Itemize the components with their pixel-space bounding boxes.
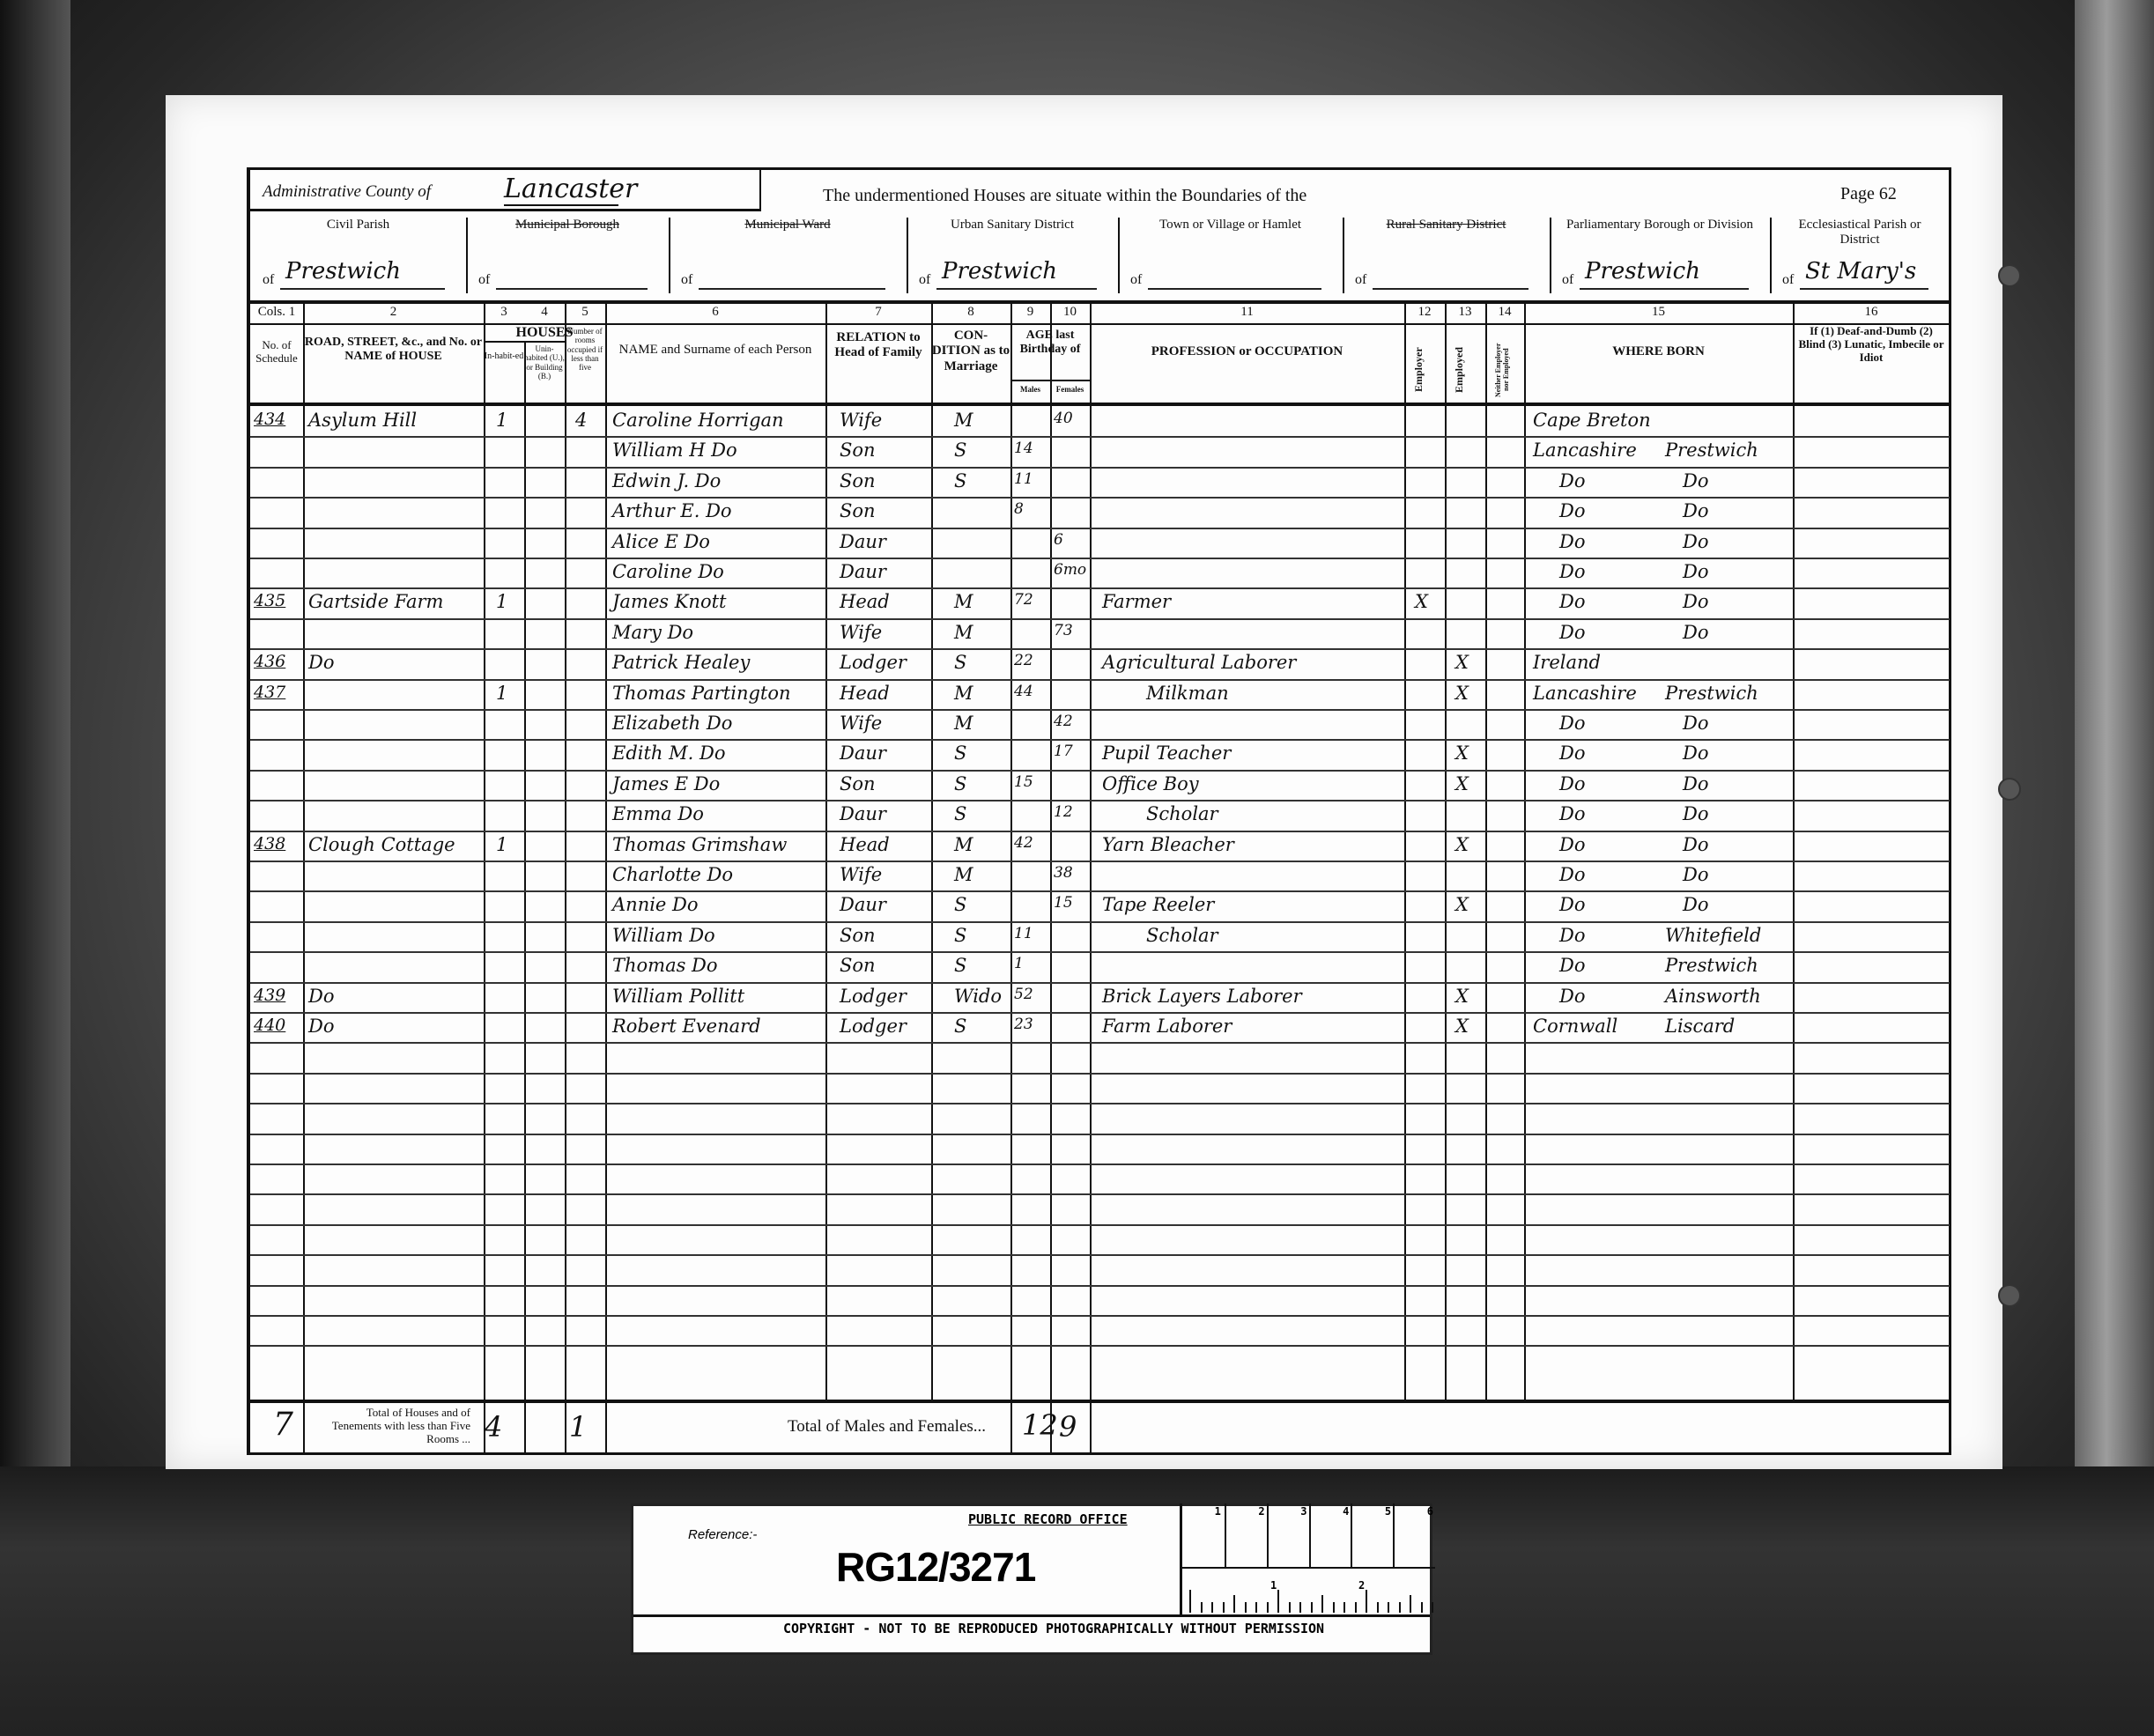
birthplace-county: Do (1559, 925, 1585, 946)
ruler-tick (1289, 1602, 1291, 1613)
divider (1010, 380, 1090, 381)
house-name: Clough Cottage (308, 834, 455, 855)
employed-mark: X (1455, 834, 1469, 855)
header-where-born: WHERE BORN (1524, 344, 1793, 359)
ruler-tick (1245, 1602, 1247, 1613)
header-neither: Neither Employer nor Employed (1494, 339, 1515, 401)
birthplace-town: Do (1683, 713, 1708, 734)
district-value: Prestwich (1585, 258, 1700, 284)
row-line (250, 1285, 1950, 1287)
ruler-cm-mark: 4 (1309, 1503, 1353, 1567)
district-label: Rural Sanitary District (1343, 218, 1550, 233)
birthplace-town: Do (1683, 834, 1708, 855)
relation: Wife (840, 713, 882, 734)
ruler-tick (1355, 1602, 1357, 1613)
birthplace-county: Do (1559, 773, 1585, 794)
table-row: William H DoSonS14LancashirePrestwich (250, 436, 1950, 466)
divider (1550, 218, 1551, 293)
divider (669, 218, 670, 293)
house-name: Do (308, 1016, 334, 1037)
female-age: 6mo (1054, 561, 1086, 579)
person-name: Edith M. Do (612, 742, 725, 764)
employed-mark: X (1455, 1016, 1469, 1037)
person-name: Caroline Horrigan (612, 410, 784, 431)
column-number: 3 (484, 305, 524, 320)
schedule-number: 440 (254, 1016, 285, 1035)
ruler-tick (1366, 1590, 1367, 1613)
district-label: Ecclesiastical Parish or District (1770, 218, 1950, 247)
column-number: Cols. 1 (250, 305, 303, 320)
house-name: Do (308, 986, 334, 1007)
birthplace-county: Do (1559, 470, 1585, 491)
table-row: Edwin J. DoSonS11DoDo (250, 467, 1950, 497)
total-persons-label: Total of Males and Females... (788, 1417, 986, 1437)
ruler-cm-mark: 5 (1351, 1503, 1395, 1567)
ruler-inch-label: 2 (1358, 1579, 1365, 1592)
birthplace-town: Do (1683, 531, 1708, 552)
employed-mark: X (1455, 986, 1469, 1007)
marital-condition: S (954, 742, 966, 764)
person-name: Thomas Partington (612, 683, 791, 704)
relation: Lodger (840, 652, 907, 673)
ruler-cm-mark: 2 (1225, 1503, 1269, 1567)
person-name: Thomas Grimshaw (612, 834, 787, 855)
district-label: Municipal Ward (669, 218, 907, 233)
male-age: 52 (1014, 986, 1033, 1003)
person-name: Charlotte Do (612, 864, 733, 885)
female-age: 73 (1054, 622, 1073, 639)
birthplace-county: Do (1559, 561, 1585, 582)
schedule-number: 435 (254, 591, 285, 610)
divider (1182, 1567, 1435, 1569)
table-row: Thomas DoSonS1DoPrestwich (250, 951, 1950, 981)
punch-hole-icon (1998, 778, 2021, 801)
ruler-tick (1311, 1602, 1313, 1613)
birthplace-town: Prestwich (1665, 440, 1758, 461)
ruler-cm-mark: 3 (1267, 1503, 1311, 1567)
inhabited-mark: 1 (496, 410, 507, 431)
district-label: Town or Village or Hamlet (1118, 218, 1343, 233)
birthplace-county: Do (1559, 713, 1585, 734)
person-name: Thomas Do (612, 955, 718, 976)
employed-mark: X (1455, 652, 1469, 673)
marital-condition: M (954, 410, 973, 431)
relation: Lodger (840, 1016, 907, 1037)
relation: Wife (840, 864, 882, 885)
header-inhabited: In-habit-ed (484, 351, 524, 362)
divider (1118, 218, 1120, 293)
relation: Son (840, 773, 876, 794)
row-line (250, 1345, 1950, 1347)
schedule-number: 436 (254, 652, 285, 671)
birthplace-town: Do (1683, 591, 1708, 612)
relation: Head (840, 683, 890, 704)
total-schedules: 7 (273, 1407, 293, 1443)
divider (466, 218, 468, 293)
occupation: Agricultural Laborer (1102, 652, 1296, 673)
female-age: 42 (1054, 713, 1073, 730)
district-header: Civil ParishofPrestwichMunicipal Borough… (250, 212, 1950, 300)
row-line (250, 1103, 1950, 1104)
birthplace-town: Do (1683, 773, 1708, 794)
ruler-tick (1189, 1590, 1191, 1613)
divider (633, 1614, 1430, 1617)
table-row: Alice E DoDaur6DoDo (250, 528, 1950, 558)
ruler-tick (1399, 1602, 1401, 1613)
occupation: Farm Laborer (1102, 1016, 1232, 1037)
header-infirmity: If (1) Deaf-and-Dumb (2) Blind (3) Lunat… (1793, 325, 1950, 365)
birthplace-county: Lancashire (1533, 683, 1637, 704)
marital-condition: S (954, 925, 966, 946)
birthplace-town: Do (1683, 622, 1708, 643)
office-name: PUBLIC RECORD OFFICE (968, 1511, 1128, 1527)
male-age: 8 (1014, 500, 1024, 518)
relation: Son (840, 500, 876, 521)
occupation: Farmer (1102, 591, 1171, 612)
person-name: Elizabeth Do (612, 713, 732, 734)
male-age: 14 (1014, 440, 1033, 457)
marital-condition: S (954, 470, 966, 491)
male-age: 1 (1014, 955, 1024, 972)
birthplace-town: Do (1683, 803, 1708, 824)
schedule-number: 434 (254, 410, 285, 429)
column-number: 16 (1793, 305, 1950, 320)
table-row: 436DoPatrick HealeyLodgerS22Agricultural… (250, 648, 1950, 678)
relation: Daur (840, 742, 886, 764)
birthplace-county: Ireland (1533, 652, 1601, 673)
column-number: 5 (565, 305, 605, 320)
birthplace-county: Do (1559, 591, 1585, 612)
person-name: Alice E Do (612, 531, 710, 552)
relation: Son (840, 440, 876, 461)
header-condition: CON-DITION as to Marriage (931, 329, 1010, 374)
table-row: 434Asylum Hill14Caroline HorriganWifeM40… (250, 406, 1950, 436)
table-row: Elizabeth DoWifeM42DoDo (250, 709, 1950, 739)
relation: Daur (840, 531, 886, 552)
district-field: Urban Sanitary DistrictofPrestwich (907, 212, 1118, 300)
underline (1148, 288, 1321, 290)
reference-prefix: Reference:- (688, 1527, 757, 1542)
district-label: Municipal Borough (466, 218, 669, 233)
table-row: Caroline DoDaur6moDoDo (250, 558, 1950, 587)
employed-mark: X (1455, 683, 1469, 704)
total-rooms: 1 (569, 1410, 587, 1444)
of-prefix: of (1355, 272, 1366, 288)
marital-condition: S (954, 803, 966, 824)
marital-condition: M (954, 713, 973, 734)
reference-label: PUBLIC RECORD OFFICE Reference:- RG12/32… (631, 1503, 1432, 1655)
female-age: 12 (1054, 803, 1073, 821)
birthplace-county: Cape Breton (1533, 410, 1651, 431)
header-females: Females (1050, 385, 1090, 394)
ruler-tick (1211, 1602, 1213, 1613)
employed-mark: X (1455, 742, 1469, 764)
marital-condition: S (954, 652, 966, 673)
of-prefix: of (1130, 272, 1142, 288)
ruler-label: 2 (1258, 1505, 1264, 1518)
census-rows: 434Asylum Hill14Caroline HorriganWifeM40… (250, 406, 1950, 1401)
divider (605, 1403, 607, 1452)
of-prefix: of (1782, 272, 1794, 288)
male-age: 72 (1014, 591, 1033, 609)
district-field: Civil ParishofPrestwich (250, 212, 466, 300)
row-line (250, 1254, 1950, 1256)
ruler-tick (1321, 1595, 1323, 1613)
person-name: William Pollitt (612, 986, 744, 1007)
column-number: 4 (524, 305, 565, 320)
rooms-count: 4 (575, 410, 587, 431)
divider (484, 1403, 485, 1452)
male-age: 42 (1014, 834, 1033, 852)
underline (280, 288, 445, 290)
ruler-tick (1299, 1602, 1301, 1613)
underline (936, 288, 1097, 290)
person-name: William Do (612, 925, 715, 946)
row-line (250, 1193, 1950, 1195)
birthplace-county: Do (1559, 500, 1585, 521)
district-value: St Mary's (1805, 258, 1916, 284)
ruler-tick (1432, 1602, 1433, 1613)
house-name: Gartside Farm (308, 591, 443, 612)
birthplace-town: Do (1683, 894, 1708, 915)
relation: Wife (840, 410, 882, 431)
district-field: Municipal Boroughof (466, 212, 669, 300)
total-females: 9 (1059, 1410, 1077, 1444)
occupation: Office Boy (1102, 773, 1199, 794)
table-row: 438Clough Cottage1Thomas GrimshawHeadM42… (250, 831, 1950, 861)
ruler-tick (1377, 1602, 1379, 1613)
birthplace-county: Do (1559, 894, 1585, 915)
row-line (250, 1163, 1950, 1165)
male-age: 15 (1014, 773, 1033, 791)
district-label: Urban Sanitary District (907, 218, 1118, 233)
ruler-cm-mark: 6 (1393, 1503, 1437, 1567)
header-schedule: No. of Schedule (250, 339, 303, 366)
person-name: Caroline Do (612, 561, 724, 582)
female-age: 40 (1054, 410, 1073, 427)
occupation: Scholar (1146, 925, 1218, 946)
row-line (250, 1224, 1950, 1226)
divider (250, 209, 761, 211)
county-value: Lancaster (504, 174, 618, 206)
male-age: 44 (1014, 683, 1033, 700)
ruler-tick (1255, 1602, 1257, 1613)
relation: Son (840, 470, 876, 491)
ruler-label: 1 (1215, 1505, 1221, 1518)
occupation: Pupil Teacher (1102, 742, 1231, 764)
district-field: Ecclesiastical Parish or DistrictofSt Ma… (1770, 212, 1950, 300)
header-name: NAME and Surname of each Person (605, 343, 825, 358)
person-name: Arthur E. Do (612, 500, 732, 521)
district-label: Parliamentary Borough or Division (1550, 218, 1770, 233)
relation: Daur (840, 803, 886, 824)
marital-condition: M (954, 864, 973, 885)
birthplace-town: Ainsworth (1665, 986, 1761, 1007)
column-number: 10 (1050, 305, 1090, 320)
inhabited-mark: 1 (496, 834, 507, 855)
occupation: Yarn Bleacher (1102, 834, 1234, 855)
table-row: James E DoSonS15Office BoyXDoDo (250, 770, 1950, 800)
district-field: Rural Sanitary Districtof (1343, 212, 1550, 300)
ruler-tick (1410, 1595, 1411, 1613)
column-number: 8 (931, 305, 1010, 320)
birthplace-town: Do (1683, 470, 1708, 491)
row-line (250, 1073, 1950, 1075)
county-label: Administrative County of (263, 182, 431, 202)
person-name: Annie Do (612, 894, 699, 915)
ruler-tick (1267, 1602, 1269, 1613)
occupation: Tape Reeler (1102, 894, 1214, 915)
birthplace-county: Do (1559, 742, 1585, 764)
divider (524, 1403, 526, 1452)
relation: Head (840, 834, 890, 855)
header-relation: RELATION to Head of Family (825, 330, 931, 361)
divider (907, 218, 908, 293)
column-number: 11 (1090, 305, 1404, 320)
marital-condition: M (954, 834, 973, 855)
ruler-label: 4 (1343, 1505, 1349, 1518)
copyright-notice: COPYRIGHT - NOT TO BE REPRODUCED PHOTOGR… (783, 1621, 1324, 1636)
total-inhabited: 4 (485, 1410, 502, 1444)
underline (1580, 288, 1749, 290)
marital-condition: S (954, 773, 966, 794)
census-form: Administrative County of Lancaster The u… (247, 167, 1951, 1455)
birthplace-town: Liscard (1665, 1016, 1735, 1037)
column-number: 12 (1404, 305, 1445, 320)
ruler-tick (1201, 1602, 1203, 1613)
column-number: 13 (1445, 305, 1485, 320)
underline (1373, 288, 1529, 290)
inhabited-mark: 1 (496, 683, 507, 704)
of-prefix: of (1562, 272, 1573, 288)
district-field: Municipal Wardof (669, 212, 907, 300)
header-road: ROAD, STREET, &c., and No. or NAME of HO… (303, 336, 484, 364)
birthplace-town: Do (1683, 500, 1708, 521)
ruler-inch-label: 1 (1270, 1579, 1277, 1592)
birthplace-county: Do (1559, 986, 1585, 1007)
relation: Head (840, 591, 890, 612)
male-age: 11 (1014, 470, 1033, 488)
ruler-tick (1277, 1590, 1279, 1613)
birthplace-town: Do (1683, 742, 1708, 764)
male-age: 11 (1014, 925, 1033, 942)
ruler-tick (1343, 1602, 1345, 1613)
birthplace-town: Do (1683, 864, 1708, 885)
reference-number: RG12/3271 (836, 1543, 1035, 1591)
marital-condition: S (954, 440, 966, 461)
column-number: 15 (1524, 305, 1793, 320)
table-row: 435Gartside Farm1James KnottHeadM72Farme… (250, 587, 1950, 617)
person-name: James Knott (612, 591, 726, 612)
row-line (250, 1134, 1950, 1135)
marital-condition: S (954, 955, 966, 976)
birthplace-town: Prestwich (1665, 683, 1758, 704)
marital-condition: S (954, 1016, 966, 1037)
ruler-tick (1388, 1602, 1389, 1613)
column-number: 6 (605, 305, 825, 320)
divider (1050, 1403, 1052, 1452)
ruler-label: 5 (1385, 1505, 1391, 1518)
divider (759, 170, 761, 211)
schedule-number: 439 (254, 986, 285, 1005)
table-row: Charlotte DoWifeM38DoDo (250, 861, 1950, 890)
ruler-label: 3 (1300, 1505, 1306, 1518)
female-age: 15 (1054, 894, 1073, 912)
ruler-label: 6 (1427, 1505, 1433, 1518)
occupation: Scholar (1146, 803, 1218, 824)
district-label: Civil Parish (250, 218, 466, 233)
birthplace-county: Do (1559, 622, 1585, 643)
divider (565, 1403, 566, 1452)
person-name: James E Do (612, 773, 720, 794)
row-line (250, 1315, 1950, 1317)
birthplace-county: Lancashire (1533, 440, 1637, 461)
occupation: Milkman (1146, 683, 1229, 704)
birthplace-county: Do (1559, 803, 1585, 824)
of-prefix: of (681, 272, 692, 288)
table-row: Arthur E. DoSon8DoDo (250, 497, 1950, 527)
table-row: Annie DoDaurS15Tape ReelerXDoDo (250, 890, 1950, 920)
birthplace-county: Do (1559, 834, 1585, 855)
birthplace-town: Whitefield (1665, 925, 1761, 946)
birthplace-town: Do (1683, 561, 1708, 582)
ruler-tick (1421, 1602, 1423, 1613)
column-number: 2 (303, 305, 484, 320)
marital-condition: Wido (954, 986, 1002, 1007)
employer-mark: X (1415, 591, 1428, 612)
birthplace-county: Do (1559, 955, 1585, 976)
row-line (250, 1042, 1950, 1044)
of-prefix: of (478, 272, 490, 288)
marital-condition: M (954, 622, 973, 643)
birthplace-county: Do (1559, 864, 1585, 885)
total-houses-label: Total of Houses and of Tenements with le… (316, 1407, 470, 1446)
divider (1770, 218, 1772, 293)
female-age: 38 (1054, 864, 1073, 882)
birthplace-town: Prestwich (1665, 955, 1758, 976)
ruler-tick (1223, 1602, 1225, 1613)
column-headers: Cols. 12345678910111213141516No. of Sche… (250, 304, 1950, 404)
boundaries-text: The undermentioned Houses are situate wi… (823, 186, 1306, 206)
of-prefix: of (919, 272, 930, 288)
divider (484, 341, 565, 343)
relation: Lodger (840, 986, 907, 1007)
schedule-number: 438 (254, 834, 285, 853)
header-males: Males (1010, 385, 1050, 394)
header-uninhabited: Unin-habited (U.), or Building (B.) (524, 344, 565, 380)
person-name: William H Do (612, 440, 737, 461)
measurement-ruler: 12345612 (1180, 1503, 1435, 1614)
male-age: 23 (1014, 1016, 1033, 1033)
relation: Wife (840, 622, 882, 643)
header-rooms: Number of rooms occupied if less than fi… (565, 327, 605, 373)
underline (1800, 288, 1928, 290)
column-number: 7 (825, 305, 931, 320)
column-number: 14 (1485, 305, 1524, 320)
house-name: Do (308, 652, 334, 673)
district-value: Prestwich (285, 258, 401, 284)
person-name: Edwin J. Do (612, 470, 721, 491)
table-row: Edith M. DoDaurS17Pupil TeacherXDoDo (250, 739, 1950, 769)
divider (1010, 1403, 1012, 1452)
total-males: 12 (1022, 1408, 1058, 1442)
punch-hole-icon (1998, 264, 2021, 287)
table-row: 439DoWilliam PollittLodgerWido52Brick La… (250, 982, 1950, 1012)
employed-mark: X (1455, 894, 1469, 915)
divider (1090, 1403, 1092, 1452)
person-name: Robert Evenard (612, 1016, 761, 1037)
underline (699, 288, 885, 290)
